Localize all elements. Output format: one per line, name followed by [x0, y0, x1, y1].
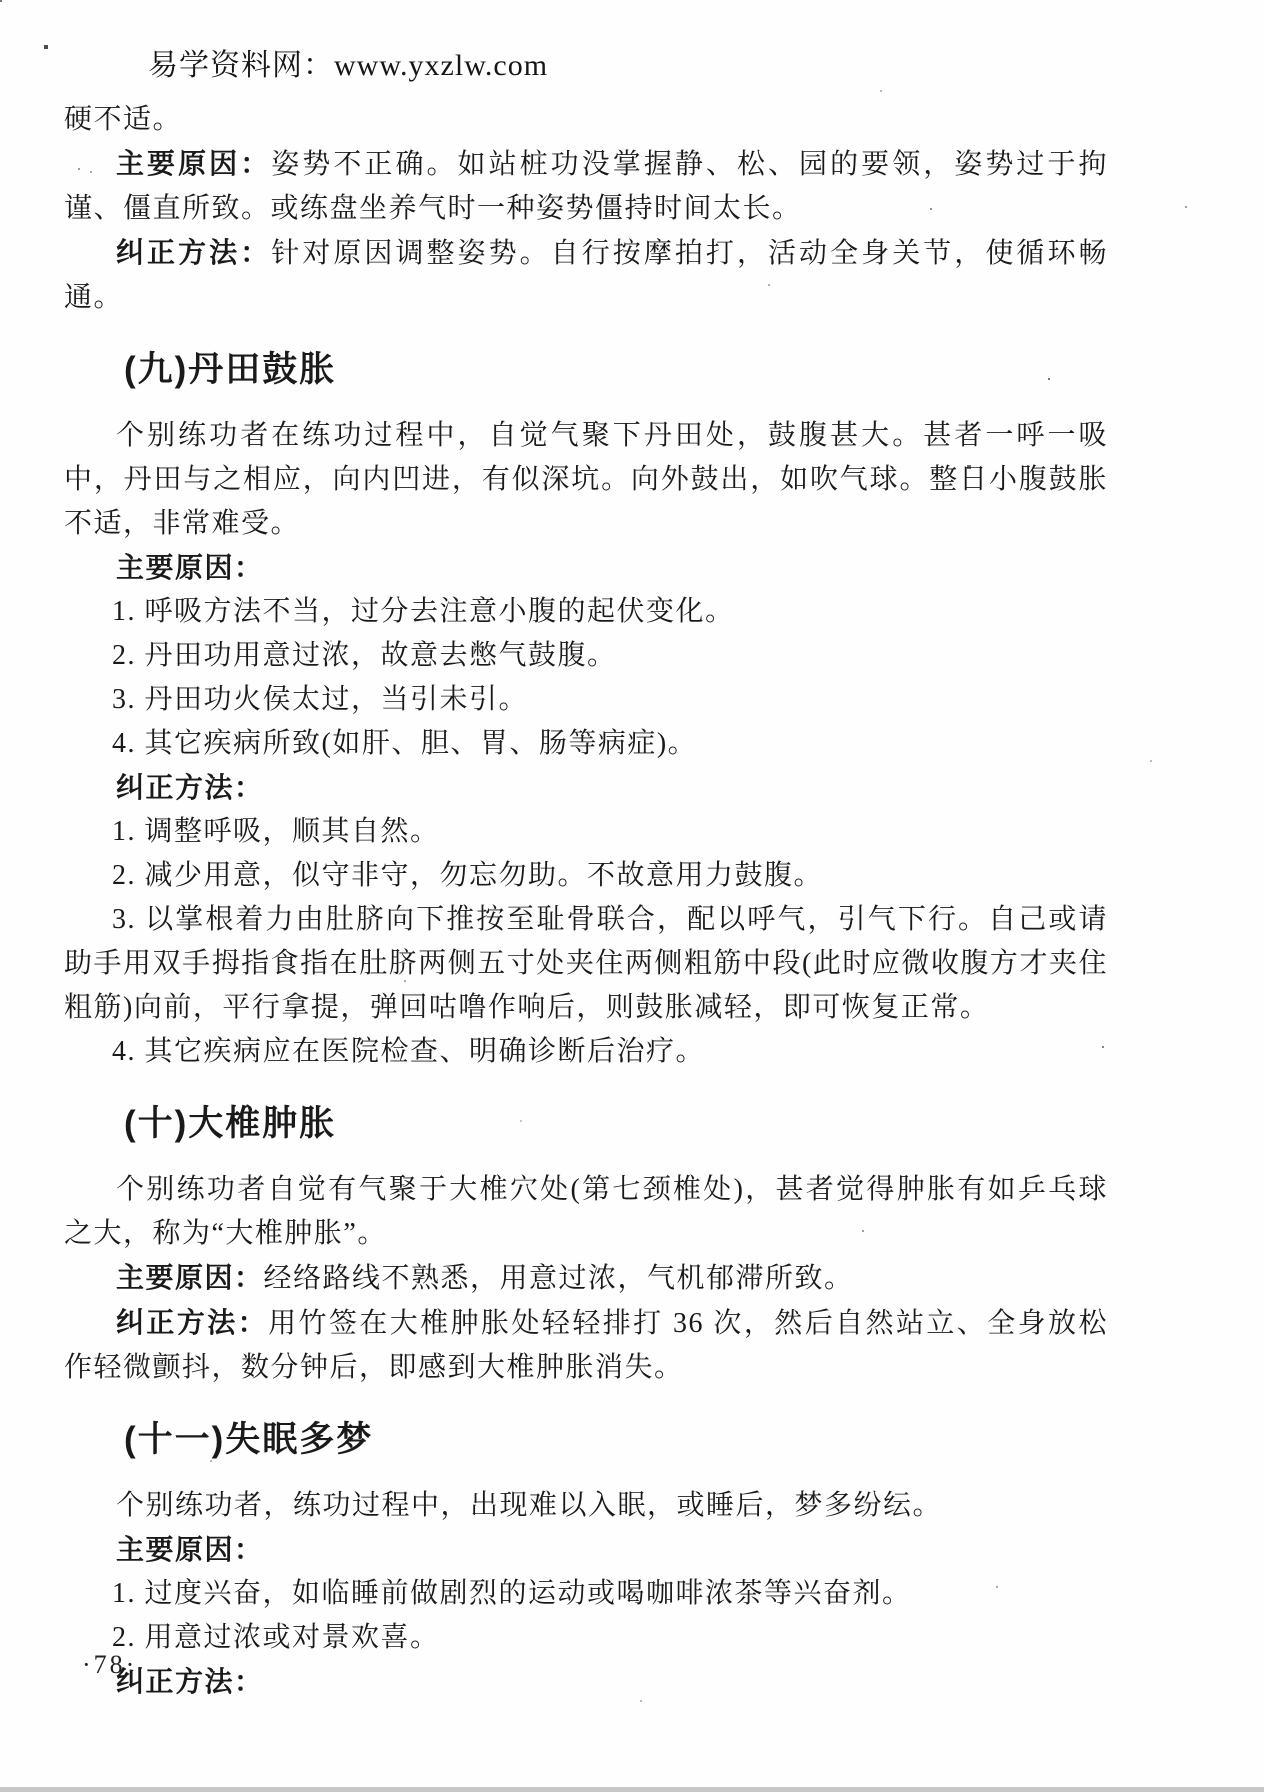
- label-main-cause: 主要原因：: [64, 546, 1108, 590]
- paragraph-correction: 纠正方法：用竹签在大椎肿胀处轻轻排打 36 次，然后自然站立、全身放松作轻微颤抖…: [64, 1301, 1108, 1390]
- list-item: 2. 减少用意，似守非守，勿忘勿助。不故意用力鼓腹。: [64, 854, 1108, 898]
- paragraph-correction: 纠正方法：针对原因调整姿势。自行按摩拍打，活动全身关节，使循环畅通。: [64, 231, 1108, 320]
- paragraph-main-cause: 主要原因：姿势不正确。如站桩功没掌握静、松、园的要领，姿势过于拘谨、僵直所致。或…: [64, 142, 1108, 231]
- list-item: 3. 以掌根着力由肚脐向下推按至耻骨联合，配以呼气，引气下行。自己或请助手用双手…: [64, 898, 1108, 1030]
- paragraph-description: 个别练功者在练功过程中，自觉气聚下丹田处，鼓腹甚大。甚者一呼一吸中，丹田与之相应…: [64, 414, 1108, 546]
- label-main-cause: 主要原因：: [116, 1262, 264, 1293]
- text-run: 经络路线不熟悉，用意过浓，气机郁滞所致。: [264, 1263, 854, 1294]
- label-correction: 纠正方法：: [64, 766, 1108, 810]
- paragraph-description: 个别练功者自觉有气聚于大椎穴处(第七颈椎处)，甚者觉得肿胀有如乒乓球之大，称为“…: [64, 1168, 1108, 1256]
- list-item: 1. 调整呼吸，顺其自然。: [64, 810, 1108, 854]
- list-item: 1. 过度兴奋，如临睡前做剧烈的运动或喝咖啡浓茶等兴奋剂。: [64, 1572, 1108, 1616]
- paragraph-description: 个别练功者，练功过程中，出现难以入眠，或睡后，梦多纷纭。: [64, 1484, 1108, 1528]
- label-correction: 纠正方法：: [64, 1660, 1108, 1704]
- scanned-book-page: 易学资料网：www.yxzlw.com 硬不适。 主要原因：姿势不正确。如站桩功…: [0, 0, 1264, 1792]
- section-heading-10: (十)大椎肿胀: [64, 1104, 1108, 1144]
- page-body-text: 硬不适。 主要原因：姿势不正确。如站桩功没掌握静、松、园的要领，姿势过于拘谨、僵…: [64, 98, 1108, 1704]
- list-item: 2. 丹田功用意过浓，故意去憋气鼓腹。: [64, 634, 1108, 678]
- label-correction: 纠正方法：: [116, 237, 271, 268]
- list-item: 1. 呼吸方法不当，过分去注意小腹的起伏变化。: [64, 590, 1108, 634]
- list-item: 4. 其它疾病所致(如肝、胆、胃、肠等病症)。: [64, 722, 1108, 766]
- section-heading-9: (九)丹田鼓胀: [64, 350, 1108, 390]
- label-main-cause: 主要原因：: [64, 1528, 1108, 1572]
- paragraph-main-cause: 主要原因：经络路线不熟悉，用意过浓，气机郁滞所致。: [64, 1256, 1108, 1301]
- text-run: 个别练功者在练功过程中，自觉气聚下丹田处，鼓腹甚大。甚者一呼一吸中，丹田与之相应…: [64, 420, 1108, 539]
- label-correction: 纠正方法：: [116, 1307, 268, 1338]
- section-heading-11: (十一)失眠多梦: [64, 1420, 1108, 1460]
- text-run: 个别练功者自觉有气聚于大椎穴处(第七颈椎处)，甚者觉得肿胀有如乒乓球之大，称为“…: [64, 1174, 1108, 1249]
- text-run: 个别练功者，练功过程中，出现难以入眠，或睡后，梦多纷纭。: [116, 1490, 942, 1521]
- list-item: 3. 丹田功火侯太过，当引未引。: [64, 678, 1108, 722]
- page-number: ·78·: [82, 1650, 137, 1680]
- scan-edge-artifact: [0, 1787, 1264, 1792]
- list-item: 4. 其它疾病应在医院检查、明确诊断后治疗。: [64, 1030, 1108, 1074]
- label-main-cause: 主要原因：: [116, 148, 271, 179]
- list-item: 2. 用意过浓或对景欢喜。: [64, 1616, 1108, 1660]
- site-watermark: 易学资料网：www.yxzlw.com: [148, 40, 548, 84]
- paragraph-continuation: 硬不适。: [64, 98, 1108, 142]
- text-run: 硬不适。: [64, 104, 182, 135]
- scan-noise: [0, 0, 2, 2]
